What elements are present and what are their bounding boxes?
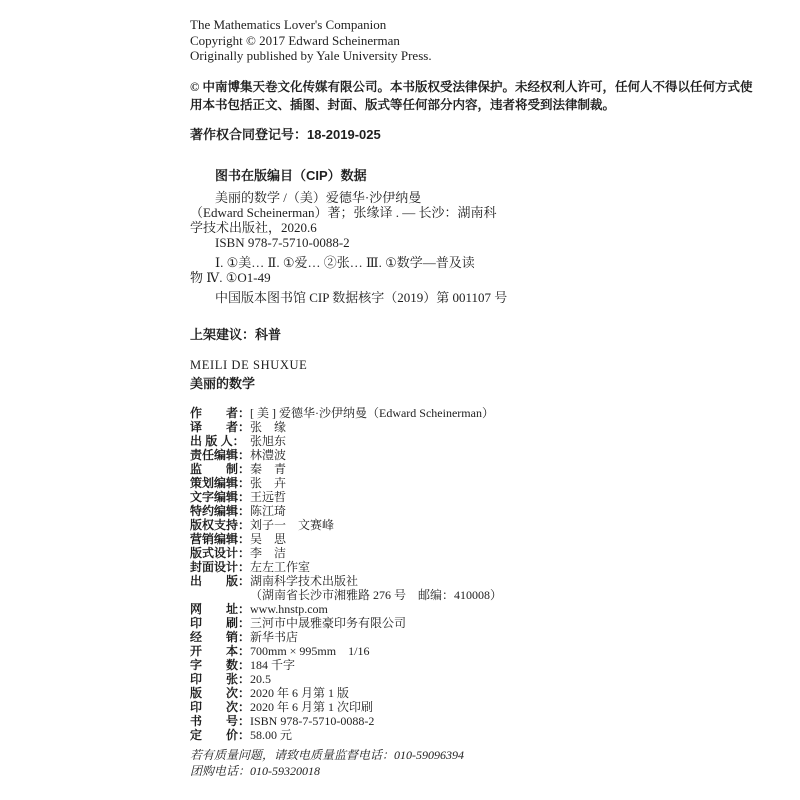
credit-label: 监 制： (190, 462, 250, 476)
credit-value: 吴 思 (250, 532, 286, 546)
credit-label: 特约编辑： (190, 504, 250, 518)
cip-classification-line1: Ⅰ. ①美… Ⅱ. ①爱… ②张… Ⅲ. ①数学—普及读 (215, 255, 507, 270)
credit-row-layout-design: 版式设计：李 洁 (190, 546, 502, 560)
credit-label: 书 号： (190, 714, 250, 728)
cip-isbn-line: ISBN 978-7-5710-0088-2 (215, 235, 507, 250)
copyright-registration-line: 著作权合同登记号：18-2019-025 (190, 124, 381, 143)
cip-heading: 图书在版编目（CIP）数据 (215, 165, 367, 184)
shelving-suggestion-line: 上架建议：科普 (190, 324, 281, 343)
shelving-label: 上架建议： (190, 327, 255, 342)
publication-credits-list: 作 者：[ 美 ] 爱德华·沙伊纳曼（Edward Scheinerman） 译… (190, 406, 502, 742)
credit-value: 2020 年 6 月第 1 次印刷 (250, 700, 373, 714)
credit-row-supervisor: 监 制：秦 青 (190, 462, 502, 476)
credit-value: （湖南省长沙市湘雅路 276 号 邮编：410008） (250, 588, 502, 602)
credit-row-website: 网 址：www.hnstp.com (190, 602, 502, 616)
credit-row-printer: 印 刷：三河市中晟雅豪印务有限公司 (190, 616, 502, 630)
credit-value: 李 洁 (250, 546, 286, 560)
credit-label: 营销编辑： (190, 532, 250, 546)
cip-author-line: （Edward Scheinerman）著；张缘译 . — 长沙：湖南科 (190, 205, 507, 220)
registration-label: 著作权合同登记号： (190, 127, 307, 142)
credit-label: 印 次： (190, 700, 250, 714)
credit-value: 58.00 元 (250, 728, 292, 742)
pinyin-title: MEILI DE SHUXUE (190, 358, 307, 373)
credit-row-publisher-person: 出 版 人：张旭东 (190, 434, 502, 448)
credit-value: 700mm × 995mm 1/16 (250, 644, 369, 658)
credit-label: 文字编辑： (190, 490, 250, 504)
credit-label: 开 本： (190, 644, 250, 658)
credit-label: 作 者： (190, 406, 250, 420)
credit-label: 印 刷： (190, 616, 250, 630)
credit-value: 2020 年 6 月第 1 版 (250, 686, 349, 700)
credit-value: 林澧波 (250, 448, 286, 462)
rights-notice-line2: 用本书包括正文、插图、封面、版式等任何部分内容，违者将受到法律制裁。 (190, 97, 752, 115)
cip-title-line: 美丽的数学 /（美）爱德华·沙伊纳曼 (215, 190, 507, 205)
credit-value: 左左工作室 (250, 560, 310, 574)
credit-value: 三河市中晟雅豪印务有限公司 (250, 616, 406, 630)
credit-label: 版权支持： (190, 518, 250, 532)
credit-row-translator: 译 者：张 缘 (190, 420, 502, 434)
credit-row-rights-support: 版权支持：刘子一 文赛峰 (190, 518, 502, 532)
credit-row-author: 作 者：[ 美 ] 爱德华·沙伊纳曼（Edward Scheinerman） (190, 406, 502, 420)
credit-value: 王远哲 (250, 490, 286, 504)
credit-label: 封面设计： (190, 560, 250, 574)
cip-data-block: 美丽的数学 /（美）爱德华·沙伊纳曼 （Edward Scheinerman）著… (190, 190, 507, 305)
credit-label: 定 价： (190, 728, 250, 742)
credit-label: 出 版： (190, 574, 250, 588)
credit-value: 刘子一 文赛峰 (250, 518, 334, 532)
credit-value: 20.5 (250, 672, 271, 686)
credit-value: 陈江琦 (250, 504, 286, 518)
credit-row-word-count: 字 数：184 千字 (190, 658, 502, 672)
credit-value: 张 缘 (250, 420, 286, 434)
original-copyright: Copyright © 2017 Edward Scheinerman (190, 33, 432, 49)
credit-row-distributor: 经 销：新华书店 (190, 630, 502, 644)
credit-label: 印 张： (190, 672, 250, 686)
credit-value: 张 卉 (250, 476, 286, 490)
original-publisher: Originally published by Yale University … (190, 48, 432, 64)
rights-notice-line1: © 中南博集天卷文化传媒有限公司。本书版权受法律保护。未经权利人许可，任何人不得… (190, 79, 752, 97)
credit-row-impression: 印 次：2020 年 6 月第 1 次印刷 (190, 700, 502, 714)
cip-classification-line2: 物 Ⅳ. ①O1-49 (190, 270, 507, 285)
credit-row-edition: 版 次：2020 年 6 月第 1 版 (190, 686, 502, 700)
group-purchase-line: 团购电话：010-59320018 (190, 764, 464, 780)
credit-value: 新华书店 (250, 630, 298, 644)
credit-value: www.hnstp.com (250, 602, 328, 616)
credit-row-price: 定 价：58.00 元 (190, 728, 502, 742)
credit-label: 策划编辑： (190, 476, 250, 490)
quality-hotline-line: 若有质量问题，请致电质量监督电话：010-59096394 (190, 748, 464, 764)
credit-label: 责任编辑： (190, 448, 250, 462)
original-edition-block: The Mathematics Lover's Companion Copyri… (190, 17, 432, 64)
credit-row-text-editor: 文字编辑：王远哲 (190, 490, 502, 504)
credit-label: 译 者： (190, 420, 250, 434)
credit-label: 字 数： (190, 658, 250, 672)
cip-publisher-line: 学技术出版社，2020.6 (190, 220, 507, 235)
credit-row-cover-design: 封面设计：左左工作室 (190, 560, 502, 574)
credit-row-isbn: 书 号：ISBN 978-7-5710-0088-2 (190, 714, 502, 728)
credit-row-planning-editor: 策划编辑：张 卉 (190, 476, 502, 490)
service-phone-footer: 若有质量问题，请致电质量监督电话：010-59096394 团购电话：010-5… (190, 748, 464, 779)
shelving-value: 科普 (255, 327, 281, 342)
credit-row-marketing-editor: 营销编辑：吴 思 (190, 532, 502, 546)
credit-row-printed-sheets: 印 张：20.5 (190, 672, 502, 686)
credit-row-responsible-editor: 责任编辑：林澧波 (190, 448, 502, 462)
cip-verification-line: 中国版本图书馆 CIP 数据核字（2019）第 001107 号 (215, 290, 507, 305)
credit-row-publisher: 出 版：湖南科学技术出版社 (190, 574, 502, 588)
credit-label (190, 588, 250, 602)
credit-value: [ 美 ] 爱德华·沙伊纳曼（Edward Scheinerman） (250, 406, 494, 420)
credit-value: 184 千字 (250, 658, 295, 672)
credit-label: 经 销： (190, 630, 250, 644)
credit-label: 版式设计： (190, 546, 250, 560)
credit-value: 张旭东 (250, 434, 286, 448)
credit-label: 版 次： (190, 686, 250, 700)
credit-label: 出 版 人： (190, 434, 250, 448)
chinese-title: 美丽的数学 (190, 373, 255, 392)
credit-value: 湖南科学技术出版社 (250, 574, 358, 588)
rights-notice-block: © 中南博集天卷文化传媒有限公司。本书版权受法律保护。未经权利人许可，任何人不得… (190, 79, 752, 114)
registration-number: 18-2019-025 (307, 127, 381, 142)
credit-value: 秦 青 (250, 462, 286, 476)
credit-row-publisher-address: （湖南省长沙市湘雅路 276 号 邮编：410008） (190, 588, 502, 602)
credit-row-format: 开 本：700mm × 995mm 1/16 (190, 644, 502, 658)
credit-row-special-editor: 特约编辑：陈江琦 (190, 504, 502, 518)
credit-value: ISBN 978-7-5710-0088-2 (250, 714, 374, 728)
original-title: The Mathematics Lover's Companion (190, 17, 432, 33)
credit-label: 网 址： (190, 602, 250, 616)
book-copyright-page: The Mathematics Lover's Companion Copyri… (0, 0, 800, 800)
